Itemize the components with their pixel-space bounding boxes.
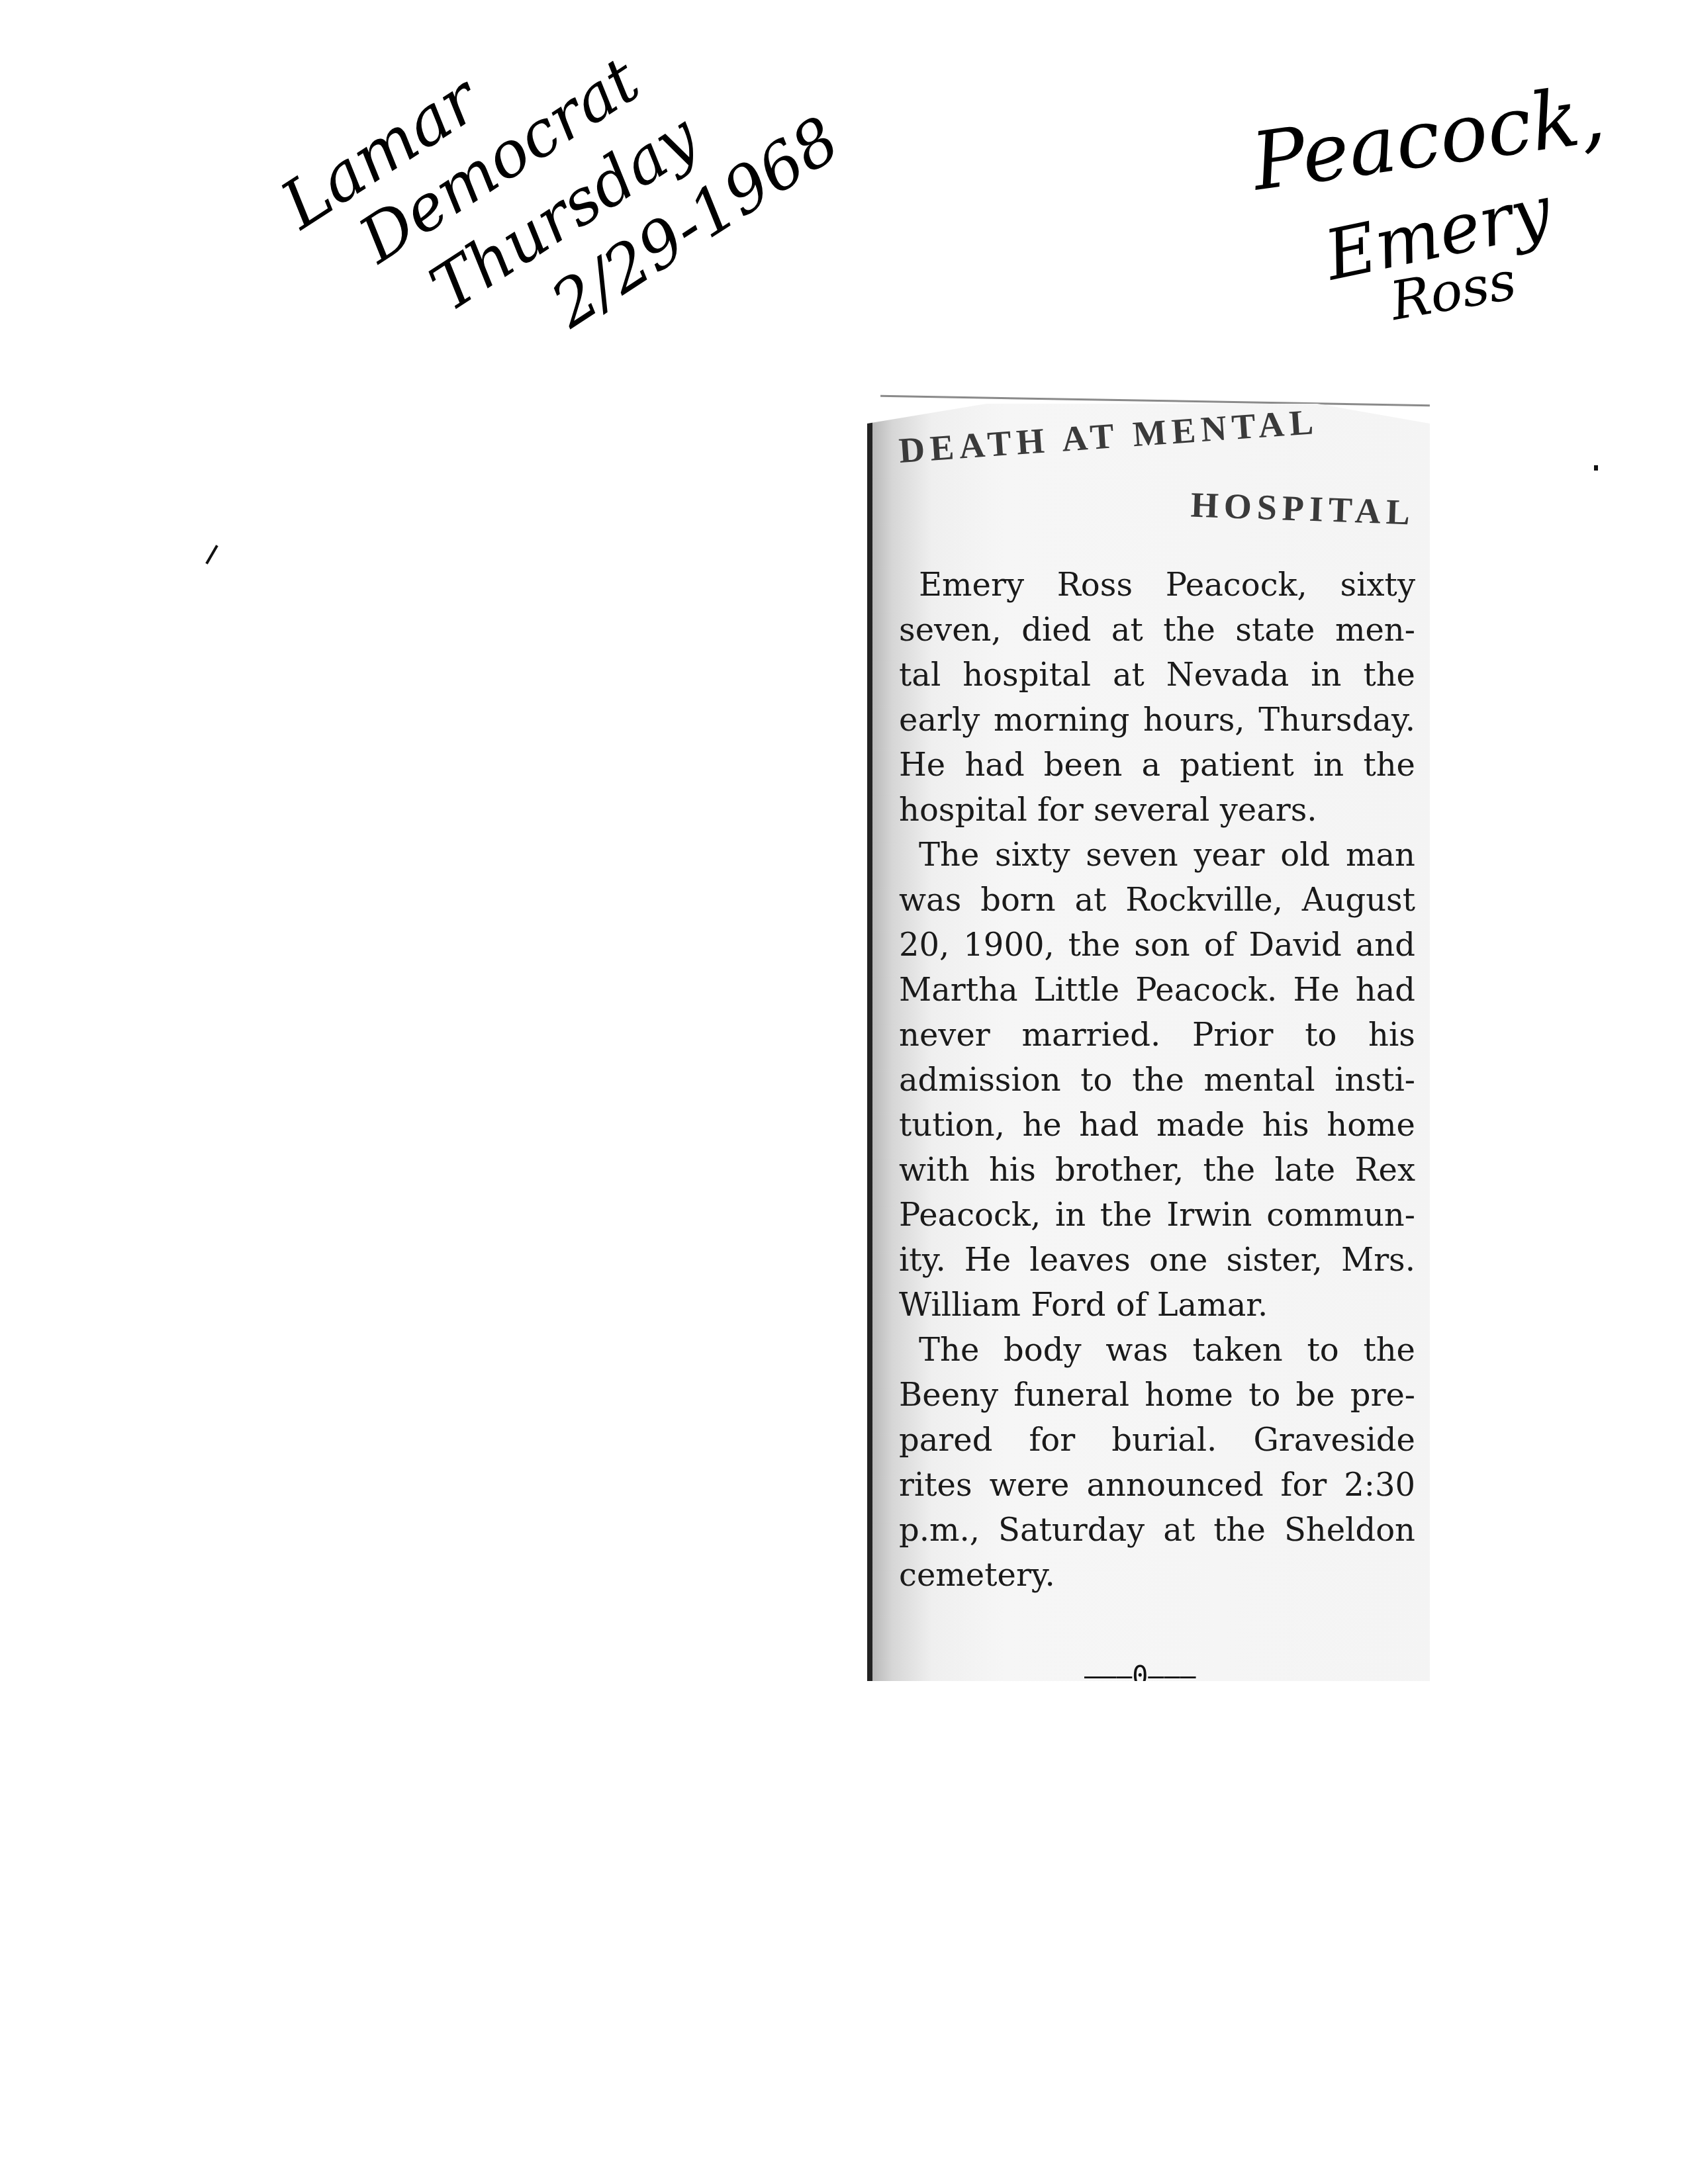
paragraph-3-line: pared for burial. Graveside <box>899 1418 1415 1463</box>
paragraph-1-line: tal hospital at Nevada in the <box>899 653 1415 698</box>
paragraph-2-line: 20, 1900, the son of David and <box>899 923 1415 968</box>
paragraph-1-line: He had been a patient in the <box>899 743 1415 788</box>
paragraph-1-line: hospital for several years. <box>899 788 1415 833</box>
paragraph-3-line: rites were announced for 2:30 <box>899 1463 1415 1508</box>
paragraph-3-line: p.m., Saturday at the Sheldon <box>899 1508 1415 1553</box>
paragraph-3-line: cemetery. <box>899 1553 1415 1598</box>
paragraph-2-line: was born at Rockville, August <box>899 878 1415 923</box>
end-of-article-ornament: ———0——— <box>1084 1661 1196 1692</box>
paragraph-2-line: ity. He leaves one sister, Mrs. <box>899 1238 1415 1283</box>
handwritten-surname: Peacock, <box>1247 75 1609 203</box>
paragraph-2-line: tution, he had made his home <box>899 1103 1415 1148</box>
paragraph-2-line: admission to the mental insti- <box>899 1058 1415 1103</box>
obituary-body: Emery Ross Peacock, sixty seven, died at… <box>899 563 1415 1598</box>
paragraph-2-line: Martha Little Peacock. He had <box>899 968 1415 1013</box>
paragraph-1-line: early morning hours, Thursday. <box>899 698 1415 743</box>
stray-pen-mark <box>205 545 218 565</box>
paragraph-2-line: with his brother, the late Rex <box>899 1148 1415 1193</box>
clipping-headline: DEATH AT MENTAL HOSPITAL <box>899 430 1422 524</box>
headline-line-1: DEATH AT MENTAL <box>898 394 1422 471</box>
paragraph-2-line: Peacock, in the Irwin commun- <box>899 1193 1415 1238</box>
paragraph-3-line: The body was taken to the <box>899 1328 1415 1373</box>
paragraph-2-line: William Ford of Lamar. <box>899 1283 1415 1328</box>
paragraph-2-line: The sixty seven year old man <box>899 833 1415 878</box>
stray-dot-mark <box>1594 465 1598 471</box>
paragraph-1-line: Emery Ross Peacock, sixty <box>899 563 1415 608</box>
paragraph-2-line: never married. Prior to his <box>899 1013 1415 1058</box>
paragraph-1-line: seven, died at the state men- <box>899 608 1415 653</box>
newspaper-clipping: DEATH AT MENTAL HOSPITAL Emery Ross Peac… <box>867 404 1435 1681</box>
headline-line-2: HOSPITAL <box>898 474 1423 533</box>
paragraph-3-line: Beeny funeral home to be pre- <box>899 1373 1415 1418</box>
